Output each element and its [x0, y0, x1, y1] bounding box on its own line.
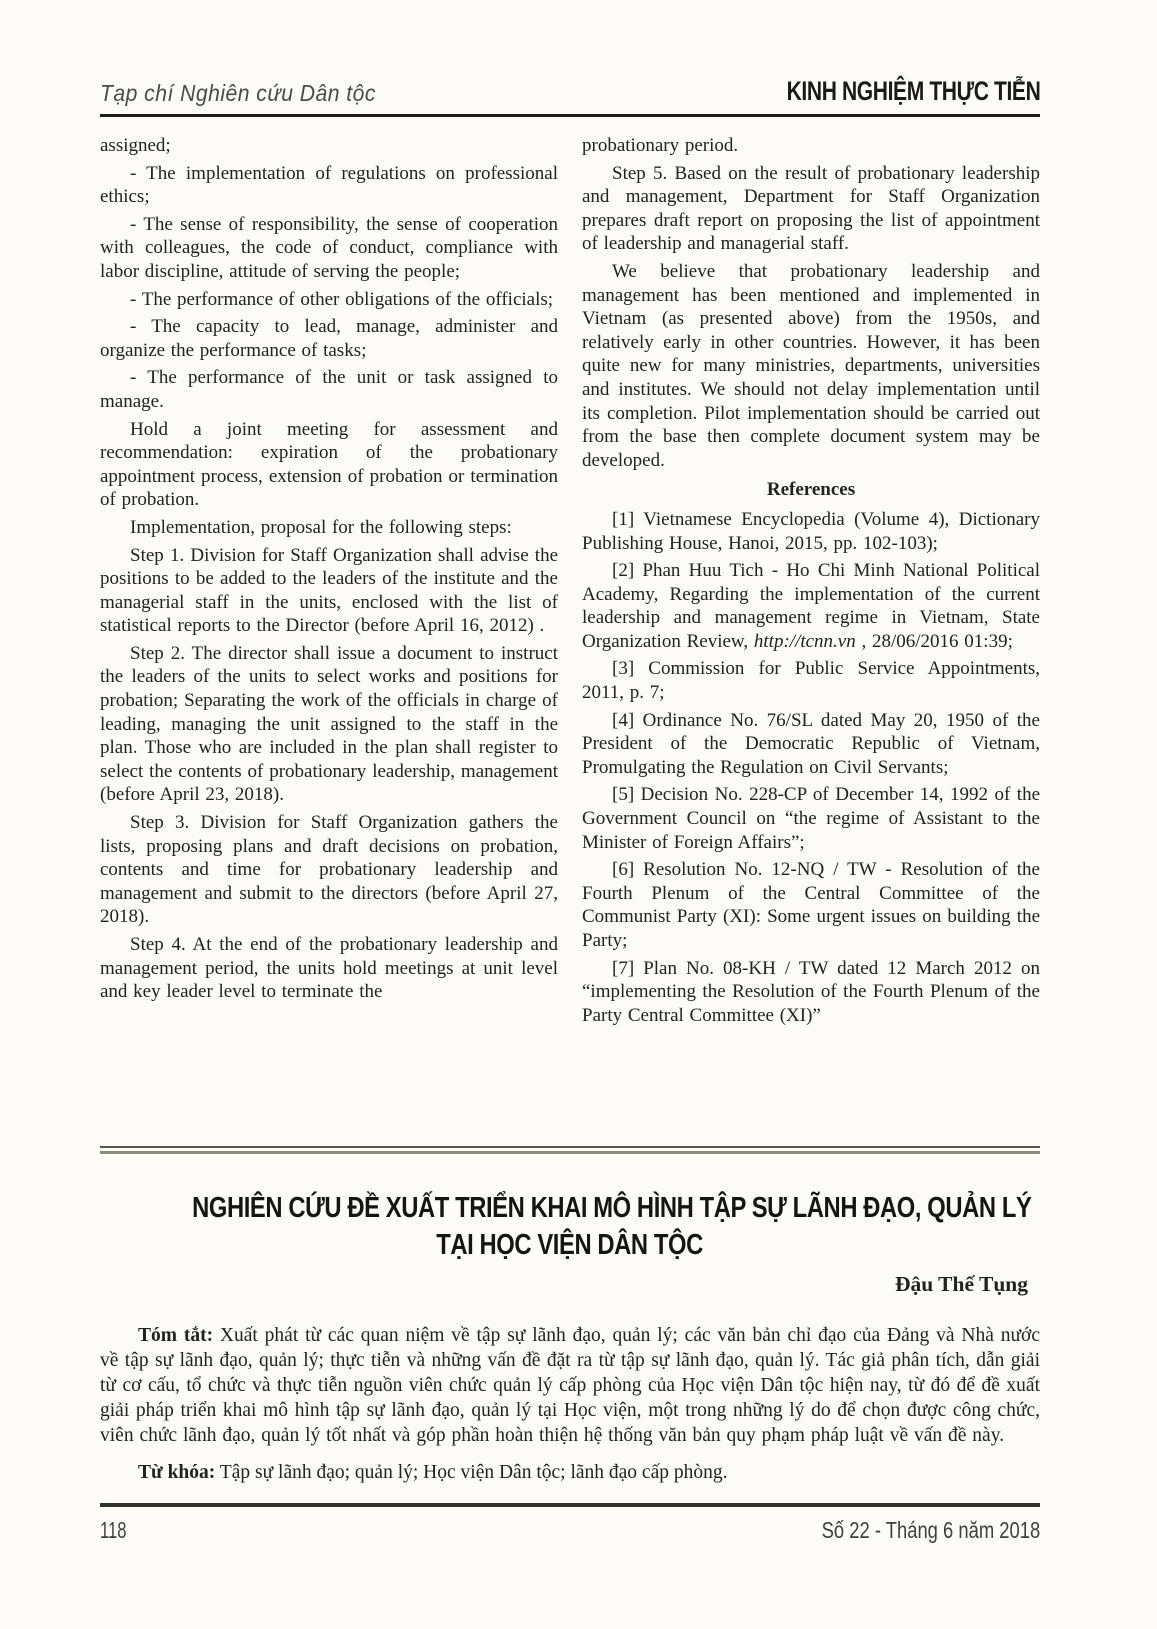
body-paragraph: [3] Commission for Public Service Appoin… — [582, 657, 1040, 704]
header-rule — [100, 114, 1040, 117]
body-paragraph: [7] Plan No. 08-KH / TW dated 12 March 2… — [582, 957, 1040, 1028]
page-footer: 118 Số 22 - Tháng 6 năm 2018 — [0, 1503, 1157, 1629]
page-content: Tạp chí Nghiên cứu Dân tộc KINH NGHIỆM T… — [0, 0, 1157, 1485]
abstract-text: Xuất phát từ các quan niệm về tập sự lãn… — [100, 1325, 1040, 1446]
body-paragraph: - The performance of the unit or task as… — [100, 366, 558, 413]
article-body: assigned;- The implementation of regulat… — [100, 134, 1040, 1136]
abstract-paragraph: Tóm tắt: Xuất phát từ các quan niệm về t… — [100, 1323, 1040, 1448]
keywords-text: Tập sự lãnh đạo; quản lý; Học viện Dân t… — [215, 1462, 727, 1483]
journal-page: Tạp chí Nghiên cứu Dân tộc KINH NGHIỆM T… — [0, 0, 1157, 1629]
article-author: Đậu Thế Tụng — [100, 1272, 1028, 1297]
body-paragraph: [6] Resolution No. 12-NQ / TW - Resoluti… — [582, 858, 1040, 952]
section-divider — [100, 1146, 1040, 1154]
journal-name: Tạp chí Nghiên cứu Dân tộc — [100, 80, 376, 107]
page-header: Tạp chí Nghiên cứu Dân tộc KINH NGHIỆM T… — [100, 0, 1040, 107]
body-paragraph: Step 3. Division for Staff Organization … — [100, 811, 558, 929]
body-paragraph: - The implementation of regulations on p… — [100, 162, 558, 209]
article-title-line2: TẠI HỌC VIỆN DÂN TỘC — [437, 1228, 704, 1262]
left-column: assigned;- The implementation of regulat… — [100, 134, 558, 1136]
section-name: KINH NGHIỆM THỰC TIỄN — [786, 76, 1040, 107]
body-paragraph: Step 2. The director shall issue a docum… — [100, 642, 558, 807]
body-paragraph: - The performance of other obligations o… — [100, 288, 558, 312]
body-paragraph: We believe that probationary leadership … — [582, 260, 1040, 472]
body-paragraph: - The sense of responsibility, the sense… — [100, 213, 558, 284]
body-paragraph: Hold a joint meeting for assessment and … — [100, 418, 558, 512]
body-paragraph: [4] Ordinance No. 76/SL dated May 20, 19… — [582, 709, 1040, 780]
references-heading: References — [582, 478, 1040, 502]
abstract-label: Tóm tắt: — [138, 1325, 213, 1346]
right-column: probationary period.Step 5. Based on the… — [582, 134, 1040, 1136]
body-paragraph: [1] Vietnamese Encyclopedia (Volume 4), … — [582, 508, 1040, 555]
footer-rule — [100, 1503, 1040, 1507]
body-paragraph: assigned; — [100, 134, 558, 158]
article-title: NGHIÊN CỨU ĐỀ XUẤT TRIỂN KHAI MÔ HÌNH TẬ… — [100, 1188, 1040, 1262]
next-article-head: NGHIÊN CỨU ĐỀ XUẤT TRIỂN KHAI MÔ HÌNH TẬ… — [100, 1188, 1040, 1485]
keywords-paragraph: Từ khóa: Tập sự lãnh đạo; quản lý; Học v… — [100, 1460, 1040, 1485]
body-paragraph: [2] Phan Huu Tich - Ho Chi Minh National… — [582, 559, 1040, 653]
page-number: 118 — [100, 1517, 126, 1544]
article-title-line1: NGHIÊN CỨU ĐỀ XUẤT TRIỂN KHAI MÔ HÌNH TẬ… — [192, 1191, 1031, 1225]
body-paragraph: [5] Decision No. 228-CP of December 14, … — [582, 783, 1040, 854]
body-paragraph: probationary period. — [582, 134, 1040, 158]
body-paragraph: Step 5. Based on the result of probation… — [582, 162, 1040, 256]
body-paragraph: Step 4. At the end of the probationary l… — [100, 933, 558, 1004]
keywords-label: Từ khóa: — [138, 1462, 215, 1483]
footer-row: 118 Số 22 - Tháng 6 năm 2018 — [100, 1517, 1040, 1544]
body-paragraph: Implementation, proposal for the followi… — [100, 516, 558, 540]
issue-label: Số 22 - Tháng 6 năm 2018 — [821, 1517, 1040, 1544]
body-paragraph: Step 1. Division for Staff Organization … — [100, 544, 558, 638]
body-paragraph: - The capacity to lead, manage, administ… — [100, 315, 558, 362]
